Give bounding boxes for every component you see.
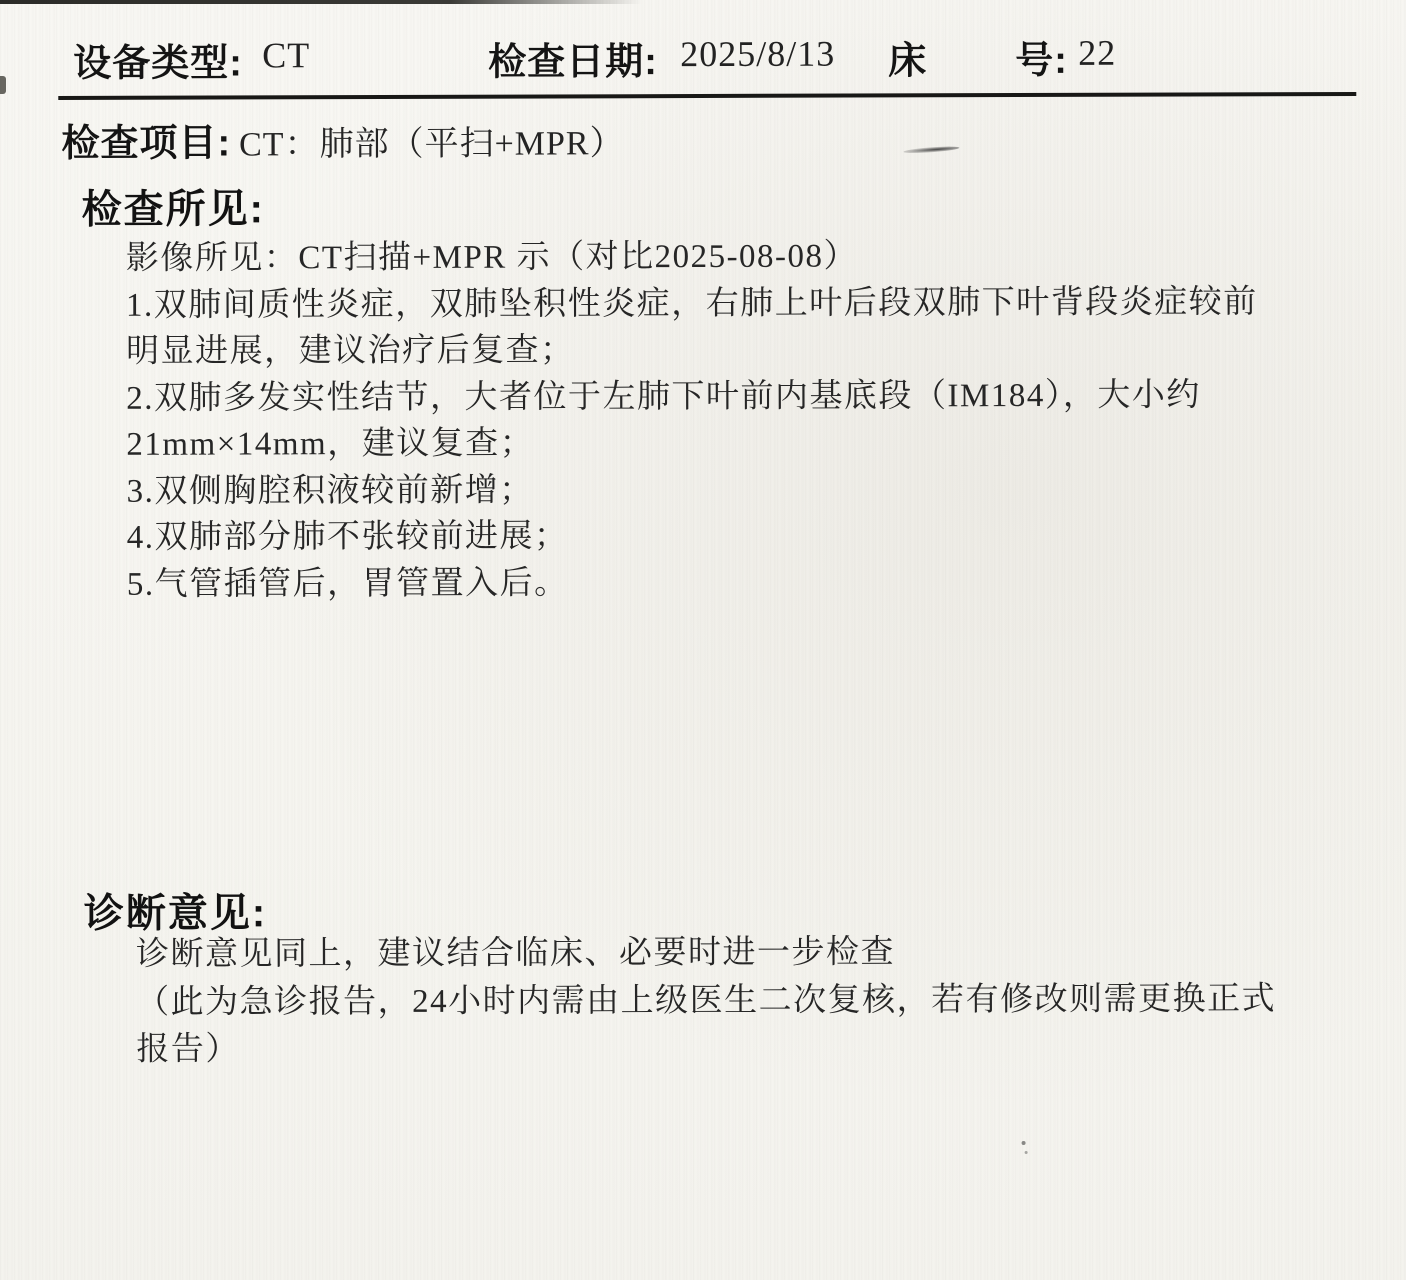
text-line: 3.双侧胸腔积液较前新增； [126,465,1258,515]
diagnosis-heading: 诊断意见: [84,881,268,939]
exam-item-label: 检查项目: [61,111,231,167]
findings-heading: 检查所见: [82,177,266,235]
text-line: 影像所见：CT扫描+MPR 示（对比2025-08-08） [126,232,1258,282]
text-line: 诊断意见同上，建议结合临床、必要时进一步检查 [136,928,1276,979]
scan-artifact-pen-stroke [903,145,959,154]
report-content: 设备类型: CT 检查日期: 2025/8/13 床 号: 22 检查项目: C… [0,0,1406,1280]
text-line: （此为急诊报告，24小时内需由上级医生二次复核，若有修改则需更换正式 [136,976,1276,1027]
text-line: 5.气管插管后，胃管置入后。 [127,558,1259,608]
exam-date-value: 2025/8/13 [680,33,835,75]
text-line: 报告） [136,1023,1276,1074]
findings-text: 影像所见：CT扫描+MPR 示（对比2025-08-08）1.双肺间质性炎症，双… [126,232,1259,608]
text-line: 明显进展，建议治疗后复查； [126,325,1258,375]
scan-artifact-dot [1025,1151,1028,1154]
diagnosis-text: 诊断意见同上，建议结合临床、必要时进一步检查（此为急诊报告，24小时内需由上级医… [136,928,1276,1074]
text-line: 4.双肺部分肺不张较前进展； [127,511,1259,561]
exam-item-value: CT：肺部（平扫+MPR） [239,115,625,165]
exam-item-row: 检查项目: CT：肺部（平扫+MPR） [61,110,624,167]
text-line: 1.双肺间质性炎症，双肺坠积性炎症，右肺上叶后段双肺下叶背段炎症较前 [126,279,1258,329]
device-type-value: CT [262,34,310,76]
text-line: 2.双肺多发实性结节，大者位于左肺下叶前内基底段（IM184），大小约 [126,372,1258,422]
header-divider-rule [58,92,1356,100]
scan-artifact-dot [1022,1141,1026,1145]
report-page: 设备类型: CT 检查日期: 2025/8/13 床 号: 22 检查项目: C… [0,0,1406,1280]
exam-date-label: 检查日期: [488,30,658,86]
bed-label: 床 [888,29,927,84]
device-type-label: 设备类型: [73,31,243,87]
text-line: 21mm×14mm，建议复查； [126,418,1258,468]
bed-number-value: 22 [1078,32,1116,74]
number-label: 号: [1015,29,1068,84]
